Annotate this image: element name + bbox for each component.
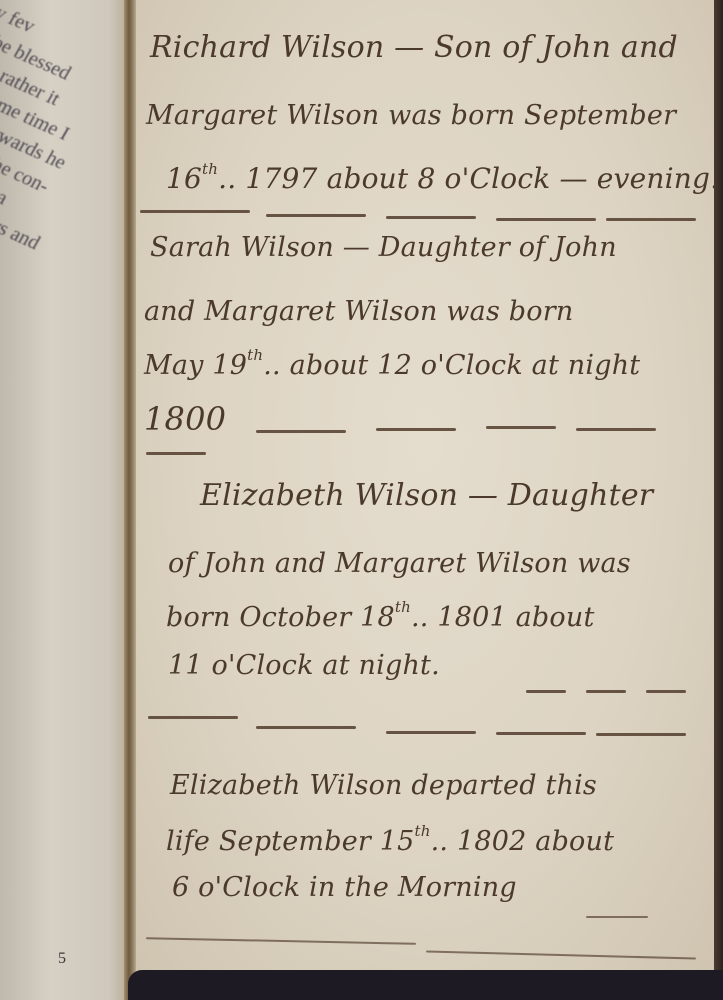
divider-rule [646,690,686,693]
divider-rule [426,950,696,959]
entry-line: born October 18th.. 1801 about [166,598,595,633]
entry-line: life September 15th.. 1802 about [166,822,614,857]
entry-line: Margaret Wilson was born September [146,100,676,131]
divider-rule [606,218,696,221]
divider-rule [266,214,366,217]
entry-line: Elizabeth Wilson departed this [170,770,597,801]
divider-rule [146,937,416,945]
entry-line: Richard Wilson — Son of John and [150,30,678,65]
entry-line: and Margaret Wilson was born [144,296,573,327]
divider-rule [140,210,250,213]
open-book: of very fev I name be blessed had much r… [0,0,723,1000]
entry-line: 6 o'Clock in the Morning [172,872,517,903]
left-printed-page: of very fev I name be blessed had much r… [0,0,128,1000]
manuscript-page: Richard Wilson — Son of John and Margare… [136,0,715,978]
entry-line: May 19th.. about 12 o'Clock at night [144,346,640,381]
divider-rule [586,690,626,693]
entry-line: 1800 [144,400,226,438]
page-number: 5 [58,950,66,968]
entry-line: of John and Margaret Wilson was [168,548,631,579]
divider-rule [148,716,238,719]
divider-rule [146,452,206,455]
entry-line: 16th.. 1797 about 8 o'Clock — evening. [166,160,719,195]
book-cover-bottom [128,970,723,1000]
book-cover-edge [714,0,723,1000]
entry-line: 11 o'Clock at night. [168,650,440,681]
entry-line: Elizabeth Wilson — Daughter [200,478,653,513]
printed-text-block: of very fev I name be blessed had much r… [0,0,128,714]
divider-rule [256,430,346,433]
divider-rule [386,216,476,219]
divider-rule [386,731,476,734]
divider-rule [486,426,556,429]
entry-line: Sarah Wilson — Daughter of John [150,232,617,263]
divider-rule [586,916,648,918]
divider-rule [596,733,686,736]
divider-rule [576,428,656,431]
divider-rule [496,218,596,221]
divider-rule [526,690,566,693]
divider-rule [376,428,456,431]
divider-rule [496,732,586,735]
divider-rule [256,726,356,729]
